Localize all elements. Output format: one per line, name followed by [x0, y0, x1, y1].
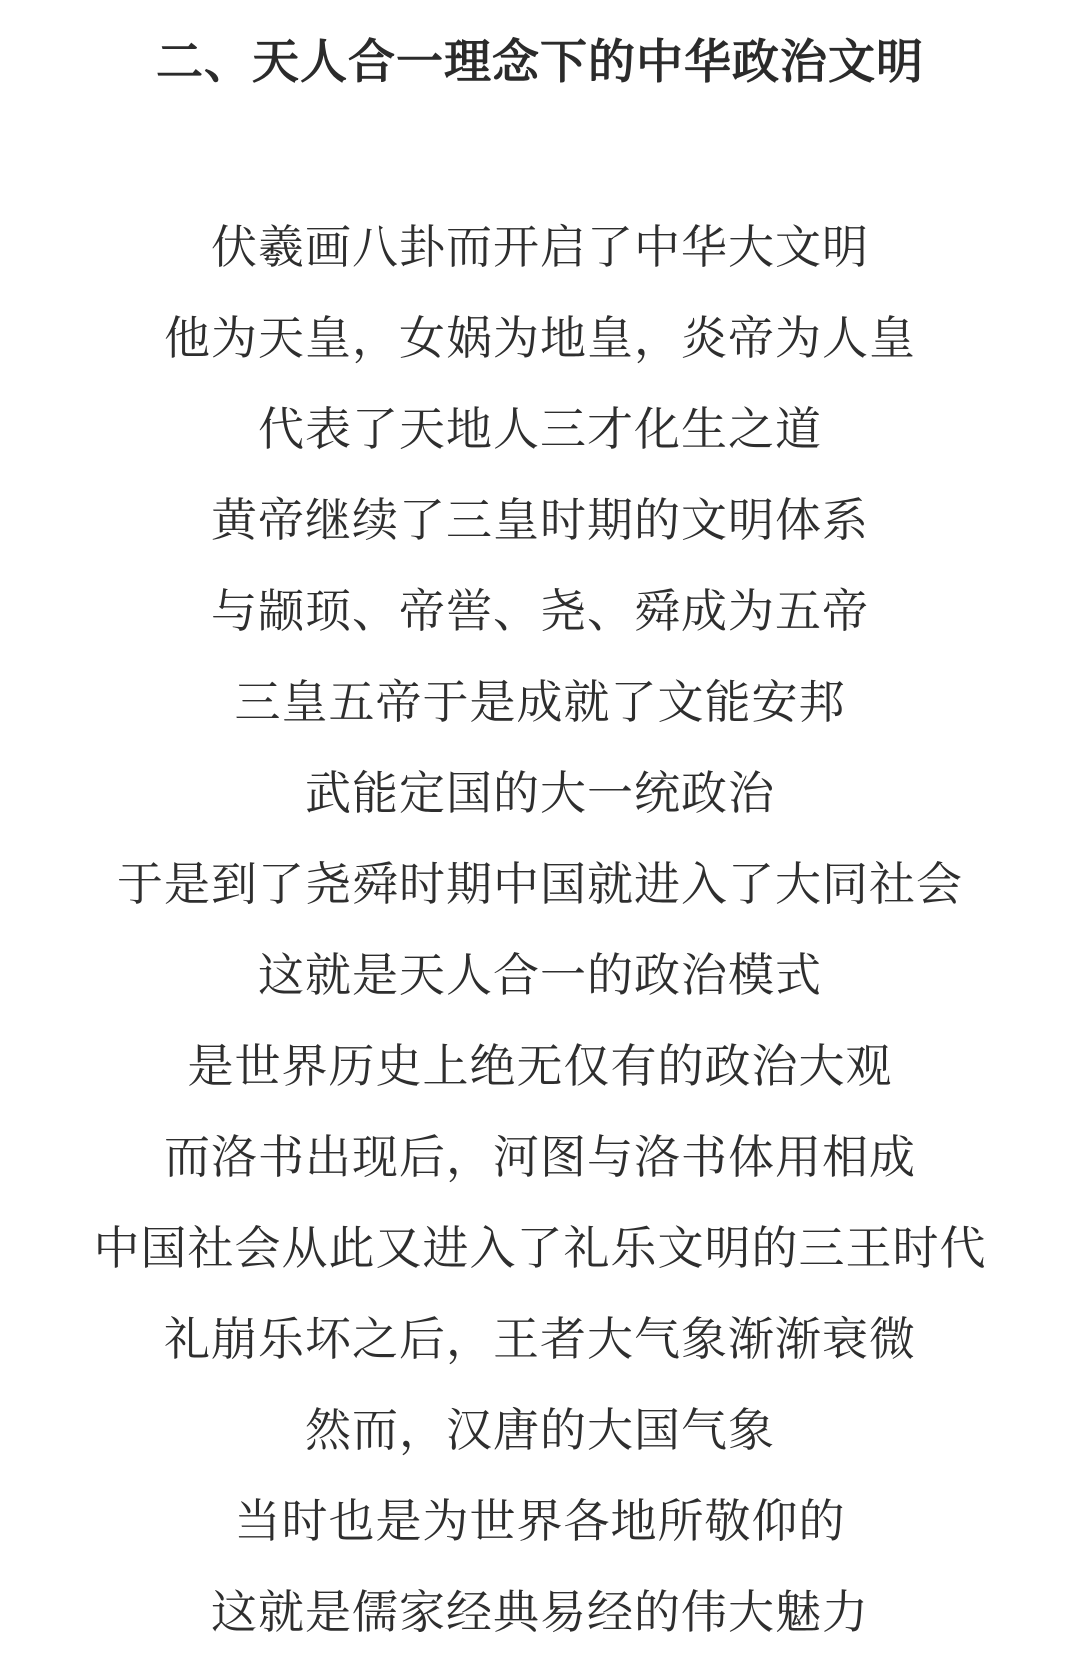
- article-line: 武能定国的大一统政治: [0, 748, 1080, 839]
- article-line: 三皇五帝于是成就了文能安邦: [0, 657, 1080, 748]
- article-line: 当时也是为世界各地所敬仰的: [0, 1476, 1080, 1567]
- article-line: 礼崩乐坏之后，王者大气象渐渐衰微: [0, 1294, 1080, 1385]
- article-title: 二、天人合一理念下的中华政治文明: [0, 0, 1080, 90]
- article-line: 伏羲画八卦而开启了中华大文明: [0, 202, 1080, 293]
- article-line: 然而，汉唐的大国气象: [0, 1385, 1080, 1476]
- article-line: 这就是天人合一的政治模式: [0, 930, 1080, 1021]
- article-line: 这就是儒家经典易经的伟大魅力: [0, 1567, 1080, 1658]
- article-line: 是世界历史上绝无仅有的政治大观: [0, 1021, 1080, 1112]
- article-line: 于是到了尧舜时期中国就进入了大同社会: [0, 839, 1080, 930]
- article-page: 二、天人合一理念下的中华政治文明 伏羲画八卦而开启了中华大文明 他为天皇，女娲为…: [0, 0, 1080, 1676]
- article-line: 黄帝继续了三皇时期的文明体系: [0, 475, 1080, 566]
- article-line: 与颛顼、帝喾、尧、舜成为五帝: [0, 566, 1080, 657]
- article-body: 伏羲画八卦而开启了中华大文明 他为天皇，女娲为地皇，炎帝为人皇 代表了天地人三才…: [0, 202, 1080, 1658]
- article-line: 他为天皇，女娲为地皇，炎帝为人皇: [0, 293, 1080, 384]
- article-line: 中国社会从此又进入了礼乐文明的三王时代: [0, 1203, 1080, 1294]
- article-line: 而洛书出现后，河图与洛书体用相成: [0, 1112, 1080, 1203]
- article-line: 代表了天地人三才化生之道: [0, 384, 1080, 475]
